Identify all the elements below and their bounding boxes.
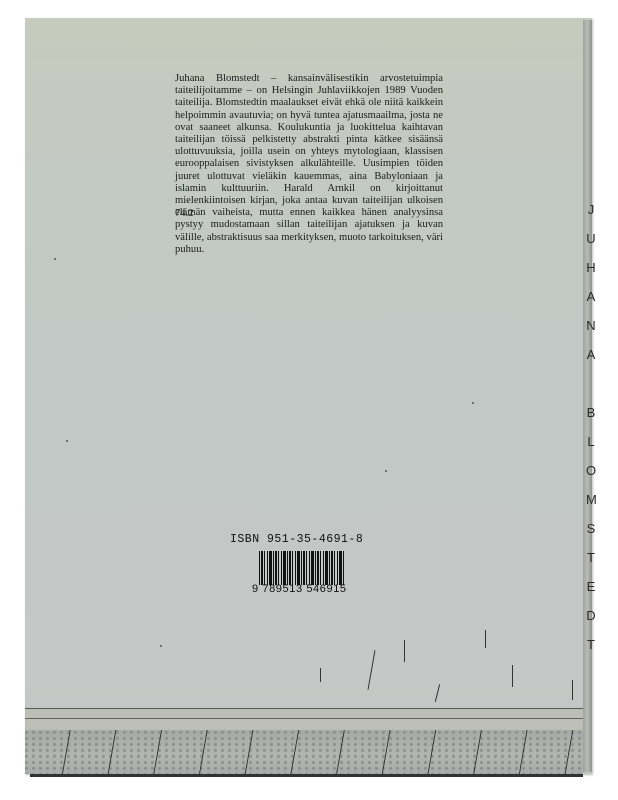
paint-speck <box>54 258 56 260</box>
paint-scratch <box>572 680 573 700</box>
paint-scratch <box>485 630 486 648</box>
paint-scratch <box>512 665 513 687</box>
barcode <box>259 551 345 585</box>
paint-speck <box>160 645 162 647</box>
paint-scratch <box>404 640 405 662</box>
paint-scratch <box>320 668 321 682</box>
baseboard <box>25 708 583 732</box>
spine-title: JUHANABLOMSTEDT <box>586 195 596 659</box>
paint-speck <box>385 470 387 472</box>
classification-code: 74.2 <box>175 208 194 219</box>
paint-speck <box>472 402 474 404</box>
blurb-text: Juhana Blomstedt – kansainvälisestikin a… <box>175 73 443 256</box>
floor-image <box>25 730 583 774</box>
paint-speck <box>66 440 68 442</box>
barcode-number: 9 789513 546915 <box>252 583 347 595</box>
book-bottom-edge <box>30 774 583 777</box>
isbn-label: ISBN 951-35-4691-8 <box>230 533 363 546</box>
baseboard-line <box>25 718 583 719</box>
